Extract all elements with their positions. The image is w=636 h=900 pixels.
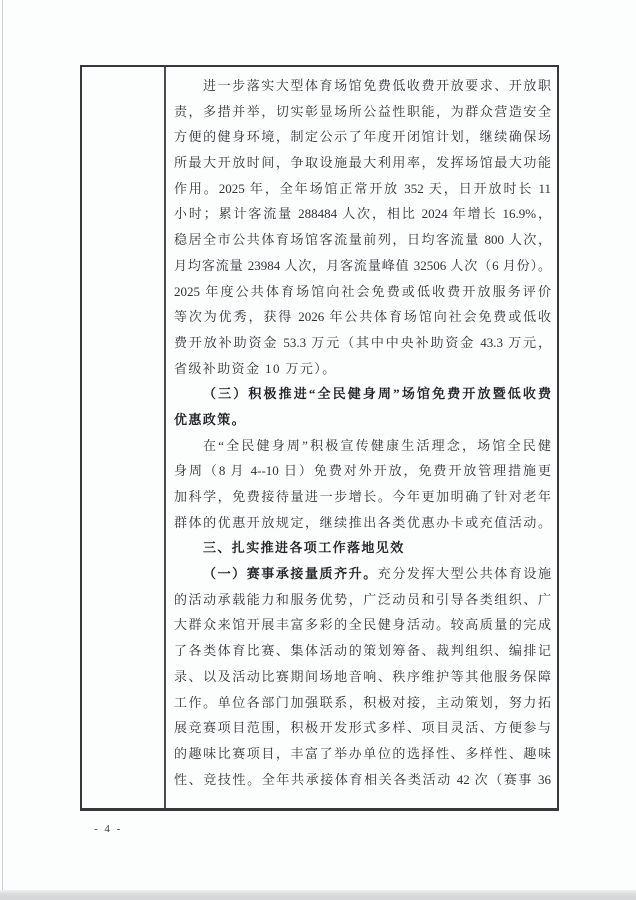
text-segment: 身周（8 月 4--10 日）免费对外开放，免费开放管理措施更 [174, 463, 551, 478]
text-line: 三、扎实推进各项工作落地见效 [174, 535, 551, 561]
text-segment: 大群众来馆开展丰富多彩的全民健身活动。较高质量的完成 [174, 617, 551, 632]
text-segment: 录、以及活动比赛期间场地音响、秩序维护等其他服务保障 [174, 669, 551, 684]
text-line: （一）赛事承接量质齐升。充分发挥大型公共体育设施 [174, 561, 551, 587]
page-number: - 4 - [94, 823, 122, 835]
text-line: 责，多措并举，切实彰显场所公益性职能，为群众营造安全 [174, 99, 551, 125]
bold-text-segment: 优惠政策。 [174, 412, 246, 427]
text-line: 工作。单位各部门加强联系，积极对接，主动策划，努力拓 [174, 690, 551, 716]
text-segment: 稳居全市公共体育场馆客流量前列，日均客流量 800 人次， [174, 232, 551, 247]
bold-text-segment: 三、扎实推进各项工作落地见效 [203, 540, 405, 555]
text-line: 性、竞技性。全年共承接体育相关各类活动 42 次（赛事 36 [174, 767, 551, 793]
text-segment: 2025 年度公共体育场馆向社会免费或低收费开放服务评价 [174, 284, 551, 299]
text-segment: 充分发挥大型公共体育设施 [378, 566, 551, 581]
text-segment: 群体的优惠开放规定，继续推出各类优惠办卡或充值活动。 [174, 515, 551, 530]
text-segment: 方便的健身环境，制定公示了年度开闭馆计划，继续确保场 [174, 129, 551, 144]
bold-text-segment: （一）赛事承接量质齐升。 [203, 566, 378, 581]
text-line: 大群众来馆开展丰富多彩的全民健身活动。较高质量的完成 [174, 612, 551, 638]
text-segment: 工作。单位各部门加强联系，积极对接，主动策划，努力拓 [174, 695, 551, 710]
text-segment: 性、竞技性。全年共承接体育相关各类活动 42 次（赛事 36 [174, 772, 551, 787]
text-segment: 省级补助资金 10 万元）。 [174, 361, 337, 376]
text-segment: 等次为优秀，获得 2026 年公共体育场馆向社会免费或低收 [174, 309, 551, 324]
text-segment: 费开放补助资金 53.3 万元（其中中央补助资金 43.3 万元， [174, 335, 551, 350]
text-segment: 小时；累计客流量 288484 人次，相比 2024 年增长 16.9%， [174, 206, 551, 221]
document-table: 进一步落实大型体育场馆免费低收费开放要求、开放职责，多措并举，切实彰显场所公益性… [80, 65, 559, 811]
text-segment: 加科学，免费接待量进一步增长。今年更加明确了针对老年 [174, 489, 551, 504]
text-line: （三）积极推进“全民健身周”场馆免费开放暨低收费 [174, 381, 551, 407]
text-line: 在“全民健身周”积极宣传健康生活理念，场馆全民健 [174, 433, 551, 459]
text-line: 稳居全市公共体育场馆客流量前列，日均客流量 800 人次， [174, 227, 551, 253]
text-line: 所最大开放时间，争取设施最大利用率，发挥场馆最大功能 [174, 150, 551, 176]
text-line: 加科学，免费接待量进一步增长。今年更加明确了针对老年 [174, 484, 551, 510]
text-line: 小时；累计客流量 288484 人次，相比 2024 年增长 16.9%， [174, 201, 551, 227]
text-line: 优惠政策。 [174, 407, 551, 433]
table-left-column [82, 67, 166, 808]
table-text-cell: 进一步落实大型体育场馆免费低收费开放要求、开放职责，多措并举，切实彰显场所公益性… [166, 67, 557, 808]
text-line: 费开放补助资金 53.3 万元（其中中央补助资金 43.3 万元， [174, 330, 551, 356]
text-line: 群体的优惠开放规定，继续推出各类优惠办卡或充值活动。 [174, 510, 551, 536]
text-segment: 的趣味比赛项目，丰富了举办单位的选择性、多样性、趣味 [174, 746, 551, 761]
bold-text-segment: （三）积极推进“全民健身周”场馆免费开放暨低收费 [203, 386, 551, 401]
text-segment: 作用。2025 年，全年场馆正常开放 352 天，日开放时长 11 [174, 181, 551, 196]
text-segment: 在“全民健身周”积极宣传健康生活理念，场馆全民健 [203, 438, 551, 453]
scan-bottom-band [0, 890, 636, 900]
text-segment: 了各类体育比赛、集体活动的策划筹备、裁判组织、编排记 [174, 643, 551, 658]
text-line: 等次为优秀，获得 2026 年公共体育场馆向社会免费或低收 [174, 304, 551, 330]
scan-edge-line [2, 0, 3, 891]
text-line: 了各类体育比赛、集体活动的策划筹备、裁判组织、编排记 [174, 638, 551, 664]
text-line: 录、以及活动比赛期间场地音响、秩序维护等其他服务保障 [174, 664, 551, 690]
text-line: 省级补助资金 10 万元）。 [174, 356, 551, 382]
text-segment: 的活动承载能力和服务优势，广泛动员和引导各类组织、广 [174, 592, 551, 607]
text-line: 展竞赛项目范围，积极开发形式多样、项目灵活、方便参与 [174, 715, 551, 741]
text-segment: 所最大开放时间，争取设施最大利用率，发挥场馆最大功能 [174, 155, 551, 170]
text-line: 进一步落实大型体育场馆免费低收费开放要求、开放职 [174, 73, 551, 99]
text-segment: 责，多措并举，切实彰显场所公益性职能，为群众营造安全 [174, 104, 551, 119]
text-line: 作用。2025 年，全年场馆正常开放 352 天，日开放时长 11 [174, 176, 551, 202]
text-line: 月均客流量 23984 人次，月客流量峰值 32506 人次（6 月份）。 [174, 253, 551, 279]
text-segment: 进一步落实大型体育场馆免费低收费开放要求、开放职 [203, 78, 551, 93]
text-segment: 展竞赛项目范围，积极开发形式多样、项目灵活、方便参与 [174, 720, 551, 735]
text-line: 身周（8 月 4--10 日）免费对外开放，免费开放管理措施更 [174, 458, 551, 484]
scanned-page: { "page": { "footer_page_number": "- 4 -… [0, 0, 636, 900]
text-line: 的活动承载能力和服务优势，广泛动员和引导各类组织、广 [174, 587, 551, 613]
text-line: 方便的健身环境，制定公示了年度开闭馆计划，继续确保场 [174, 124, 551, 150]
text-line: 的趣味比赛项目，丰富了举办单位的选择性、多样性、趣味 [174, 741, 551, 767]
text-segment: 月均客流量 23984 人次，月客流量峰值 32506 人次（6 月份）。 [174, 258, 551, 273]
text-line: 2025 年度公共体育场馆向社会免费或低收费开放服务评价 [174, 279, 551, 305]
